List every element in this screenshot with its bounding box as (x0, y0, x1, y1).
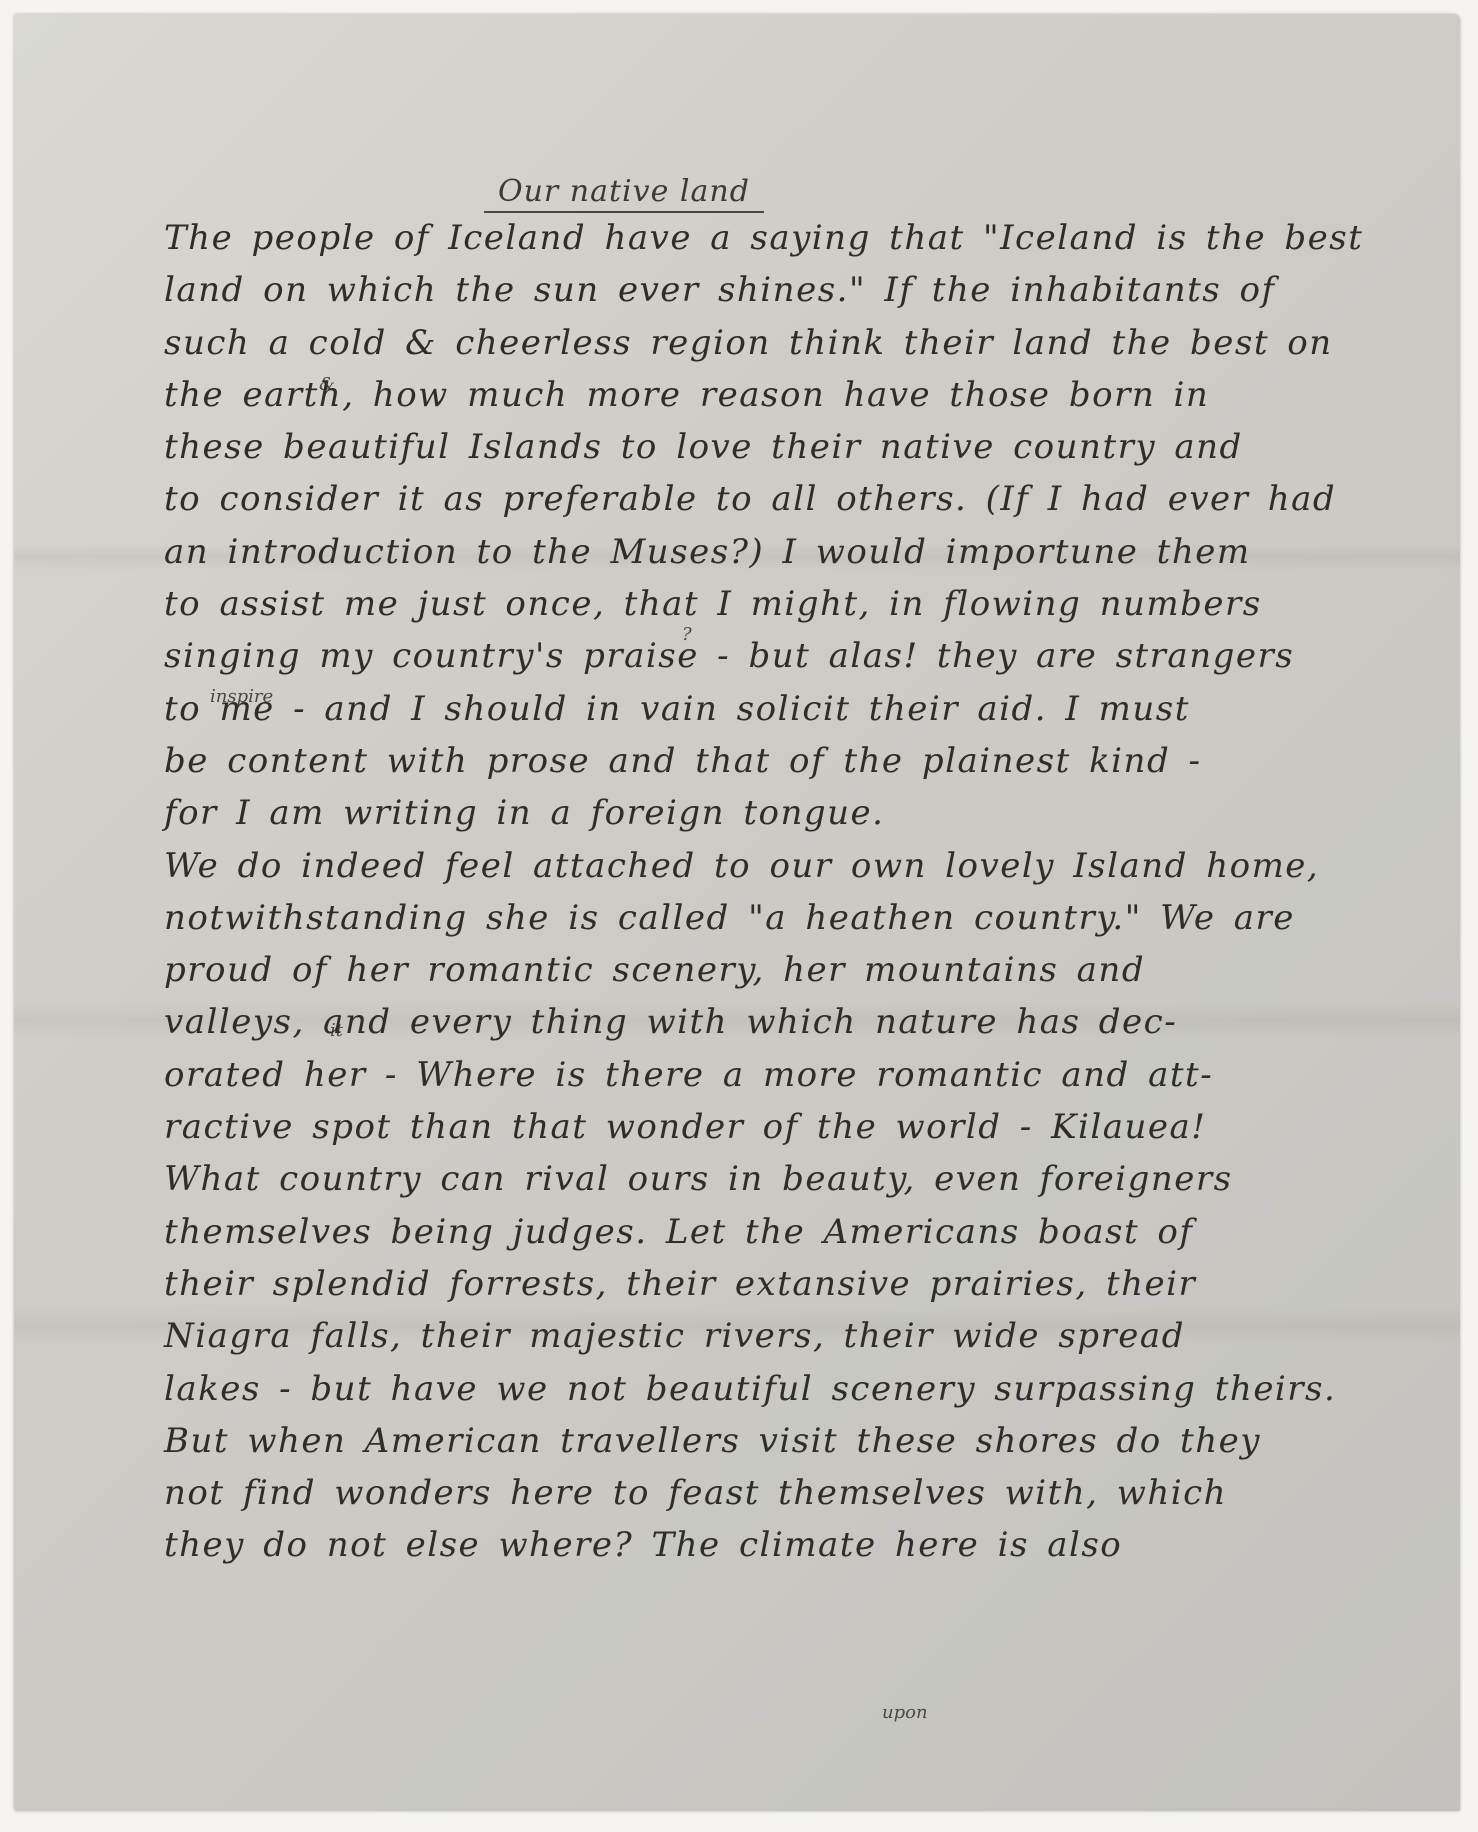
text-line: land on which the sun ever shines." If t… (164, 264, 1454, 316)
text-line: be content with prose and that of the pl… (164, 735, 1454, 787)
text-line: the earth, how much more reason have tho… (164, 369, 1454, 421)
text-line: their splendid forrests, their extansive… (164, 1258, 1454, 1310)
manuscript-body: The people of Iceland have a saying that… (164, 212, 1454, 1572)
text-line: ractive spot than that wonder of the wor… (164, 1101, 1454, 1153)
correction-upon: upon (882, 1702, 928, 1723)
text-line: an introduction to the Muses?) I would i… (164, 526, 1454, 578)
text-line: they do not else where? The climate here… (164, 1519, 1454, 1571)
text-line: singing my country's praise - but alas! … (164, 630, 1454, 682)
text-line: proud of her romantic scenery, her mount… (164, 944, 1454, 996)
text-line: to consider it as preferable to all othe… (164, 473, 1454, 525)
text-line: for I am writing in a foreign tongue. (164, 787, 1454, 839)
manuscript-page: Our native land ? inspire & it upon The … (14, 14, 1460, 1811)
text-line: such a cold & cheerless region think the… (164, 317, 1454, 369)
text-line: these beautiful Islands to love their na… (164, 421, 1454, 473)
text-line: to assist me just once, that I might, in… (164, 578, 1454, 630)
text-line: notwithstanding she is called "a heathen… (164, 892, 1454, 944)
text-line: The people of Iceland have a saying that… (164, 212, 1454, 264)
text-line: orated her - Where is there a more roman… (164, 1049, 1454, 1101)
text-line: But when American travellers visit these… (164, 1415, 1454, 1467)
text-line: valleys, and every thing with which natu… (164, 996, 1454, 1048)
text-line: lakes - but have we not beautiful scener… (164, 1363, 1454, 1415)
text-line: What country can rival ours in beauty, e… (164, 1153, 1454, 1205)
text-line: to me - and I should in vain solicit the… (164, 683, 1454, 735)
text-line: Niagra falls, their majestic rivers, the… (164, 1310, 1454, 1362)
text-line: not find wonders here to feast themselve… (164, 1467, 1454, 1519)
text-line: themselves being judges. Let the America… (164, 1206, 1454, 1258)
text-line: We do indeed feel attached to our own lo… (164, 840, 1454, 892)
page-title: Our native land (484, 174, 764, 213)
